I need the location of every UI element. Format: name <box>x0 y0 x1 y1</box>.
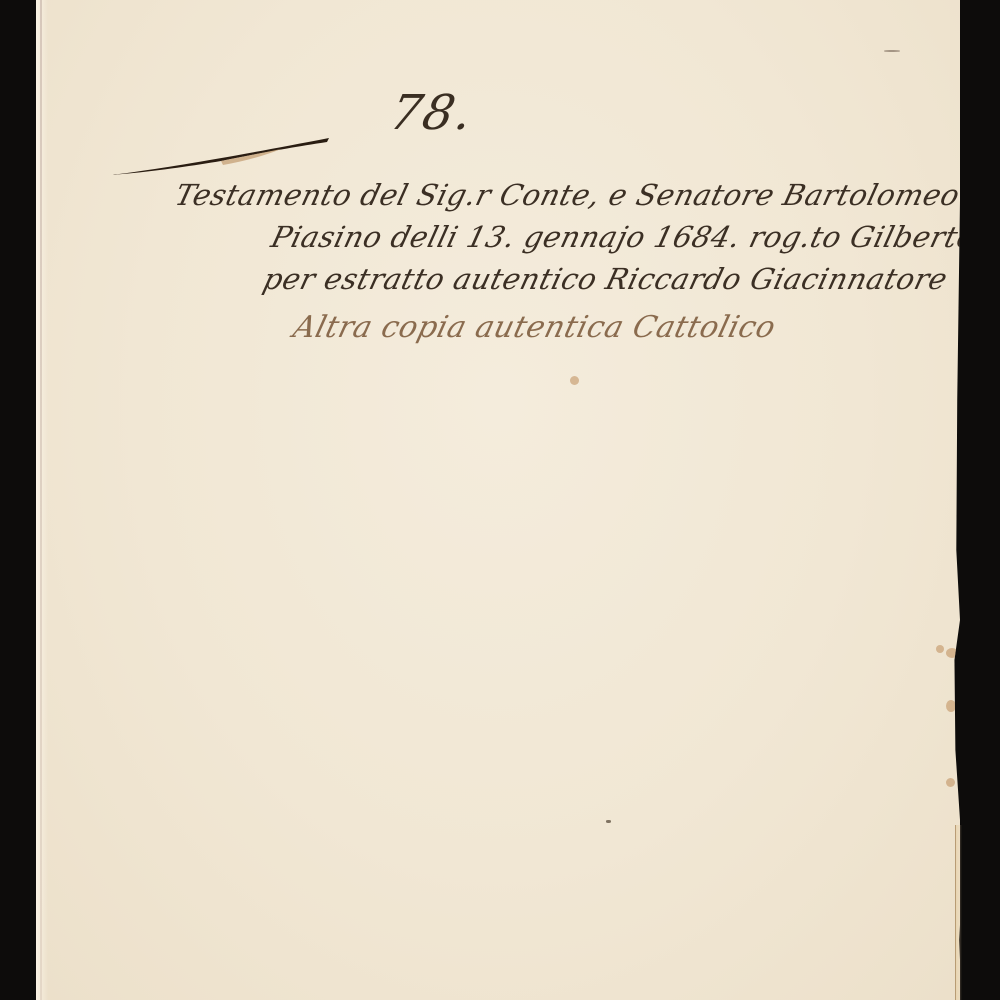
paper-edge-tear <box>955 825 962 1000</box>
stain-spot <box>946 648 958 658</box>
text-line-1: Testamento del Sig.r Conte, e Senatore B… <box>172 178 964 212</box>
document-number: 78. <box>385 85 479 141</box>
fold-line <box>40 0 42 1000</box>
stain-spot <box>946 778 955 787</box>
scanned-document: 78. Testamento del Sig.r Conte, e Senato… <box>0 0 1000 1000</box>
ink-speck <box>606 820 611 823</box>
ink-blot-stroke <box>111 135 331 180</box>
text-line-2: Piasino delli 13. gennajo 1684. rog.to G… <box>268 220 980 254</box>
text-line-3: per estratto autentico Riccardo Giacinna… <box>260 262 951 296</box>
paper-left-edge <box>36 0 48 1000</box>
text-line-4-faded: Altra copia autentica Cattolico <box>290 310 780 345</box>
stain-spot <box>946 700 956 712</box>
stain-spot <box>570 376 579 385</box>
paper-sheet: 78. Testamento del Sig.r Conte, e Senato… <box>36 0 960 1000</box>
ink-speck <box>884 50 900 52</box>
stain-spot <box>936 645 944 653</box>
